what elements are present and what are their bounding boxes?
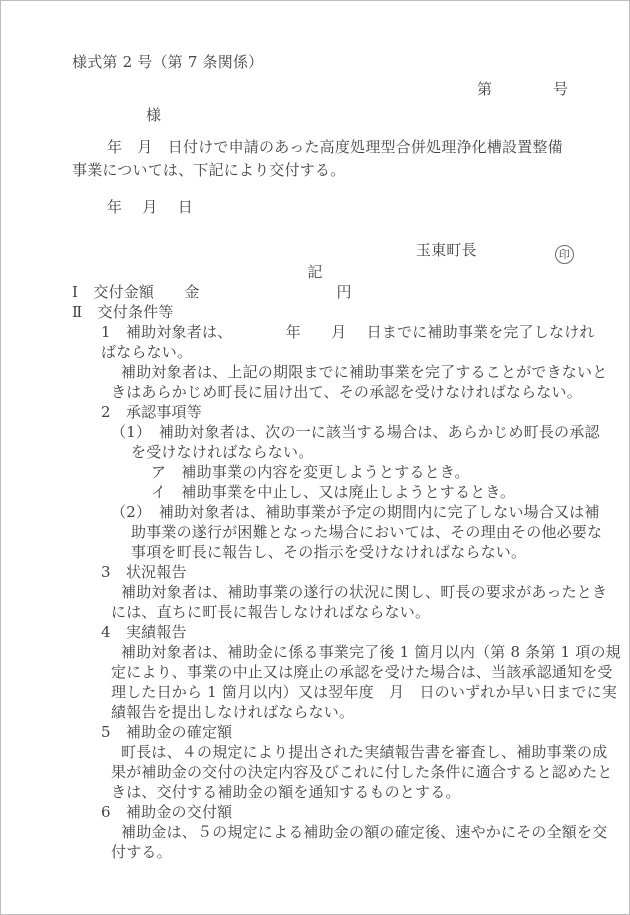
- grant-amount-line: Ⅰ 交付金額 金 円: [72, 282, 352, 302]
- condition-2-item-2-line-1: （2） 補助対象者は、補助事業が予定の期間内に完了しない場合又は補: [111, 502, 600, 522]
- addressee-line: 様: [146, 105, 161, 125]
- condition-2-item-1-line-2: を受けなければならない。: [131, 442, 313, 462]
- condition-1-line-3: 補助対象者は、上記の期限までに補助事業を完了することができないと: [121, 362, 607, 382]
- condition-2-item-1-line-1: （1） 補助対象者は、次の一に該当する場合は、あらかじめ町長の承認: [111, 422, 600, 442]
- condition-4-line-2: 定により、事業の中止又は廃止の承認を受けた場合は、当該承認通知を受: [111, 662, 613, 682]
- document-number-line: 第 号: [477, 79, 568, 99]
- form-number-label: 様式第 2 号（第 7 条関係）: [72, 52, 263, 72]
- condition-3-heading: 3 状況報告: [101, 562, 187, 582]
- issue-date-line: 年 月 日: [107, 197, 193, 217]
- condition-5-line-2: 果が補助金の交付の決定内容及びこれに付した条件に適合すると認めたと: [111, 762, 613, 782]
- intro-paragraph-line-2: 事業については、下記により交付する。: [72, 160, 345, 180]
- condition-6-line-2: 付する。: [111, 842, 172, 862]
- condition-4-line-4: 績報告を提出しなければならない。: [111, 702, 354, 722]
- condition-5-heading: 5 補助金の確定額: [101, 722, 232, 742]
- document-page: 様式第 2 号（第 7 条関係） 第 号 様 年 月 日付けで申請のあった高度処…: [0, 0, 630, 915]
- condition-5-line-1: 町長は、４の規定により提出された実績報告書を審査し、補助事業の成: [121, 742, 607, 762]
- record-heading: 記: [1, 262, 629, 282]
- intro-paragraph-line-1: 年 月 日付けで申請のあった高度処理型合併処理浄化槽設置整備: [107, 137, 563, 157]
- grant-conditions-heading: Ⅱ 交付条件等: [72, 302, 174, 322]
- condition-3-line-2: には、直ちに町長に報告しなければならない。: [111, 602, 430, 622]
- condition-4-line-3: 理した日から 1 箇月以内）又は翌年度 月 日のいずれか早い日までに実: [111, 682, 617, 702]
- condition-1-line-4: きはあらかじめ町長に届け出て、その承認を受けなければならない。: [111, 382, 582, 402]
- mayor-title: 玉東町長: [416, 241, 477, 259]
- condition-2-heading: 2 承認事項等: [101, 402, 202, 422]
- condition-2-item-2-line-3: 事項を町長に報告し、その指示を受けなければならない。: [131, 542, 526, 562]
- condition-6-line-1: 補助金は、５の規定による補助金の額の確定後、速やかにその全額を交: [121, 822, 607, 842]
- condition-1-line-1: 1 補助対象者は、 年 月 日までに補助事業を完了しなけれ: [101, 322, 595, 342]
- condition-1-line-2: ばならない。: [101, 342, 192, 362]
- condition-3-line-1: 補助対象者は、補助事業の遂行の状況に関し、町長の要求があったとき: [121, 582, 607, 602]
- condition-4-heading: 4 実績報告: [101, 622, 187, 642]
- condition-2-item-2-line-2: 助事業の遂行が困難となった場合においては、その理由その他必要な: [131, 522, 602, 542]
- condition-2-item-1-sub-i: イ 補助事業を中止し、又は廃止しようとするとき。: [151, 482, 515, 502]
- condition-2-item-1-sub-a: ア 補助事業の内容を変更しようとするとき。: [151, 462, 470, 482]
- condition-6-heading: 6 補助金の交付額: [101, 802, 232, 822]
- condition-5-line-3: きは、交付する補助金の額を通知するものとする。: [111, 782, 461, 802]
- condition-4-line-1: 補助対象者は、補助金に係る事業完了後 1 箇月以内（第 8 条第 1 項の規: [121, 642, 621, 662]
